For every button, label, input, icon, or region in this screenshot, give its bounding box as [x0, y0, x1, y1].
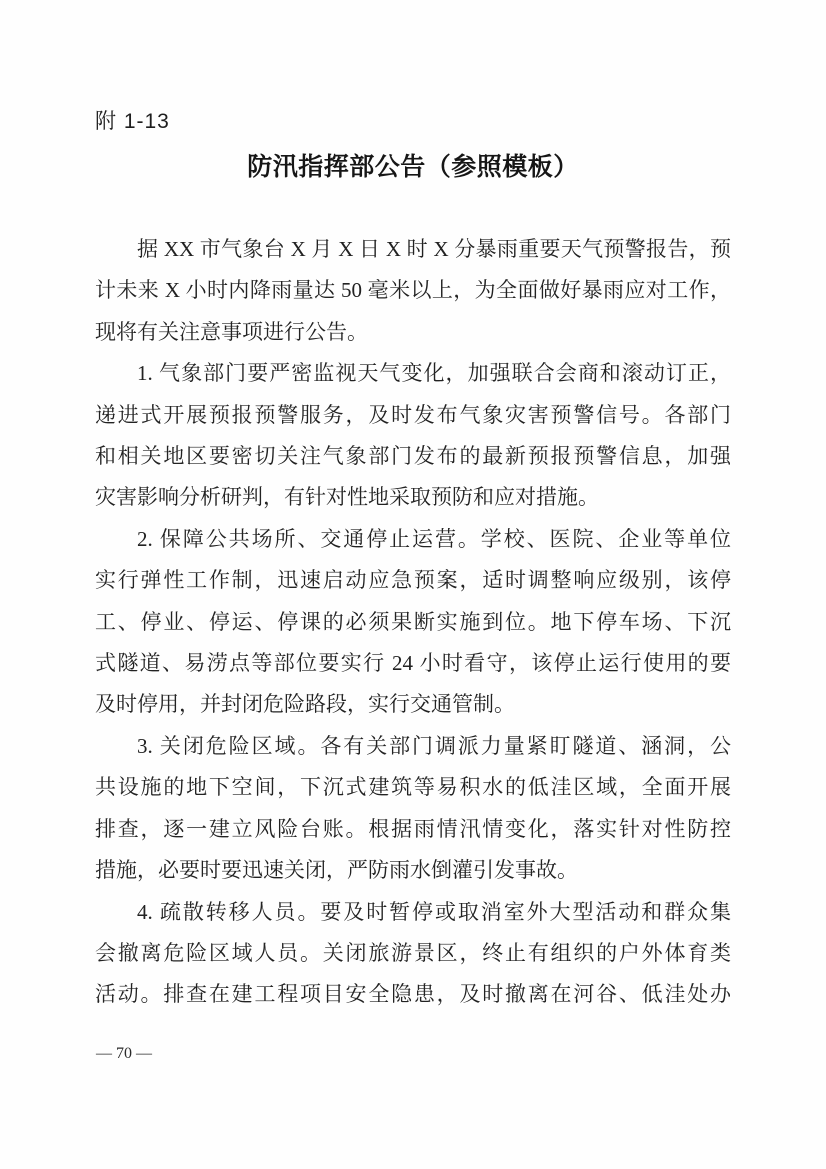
text-line: 排查，逐一建立风险台账。根据雨情汛情变化，落实针对性防控 — [95, 809, 731, 850]
text-line: 共设施的地下空间，下沉式建筑等易积水的低洼区域，全面开展 — [95, 767, 731, 808]
document-title: 防汛指挥部公告（参照模板） — [0, 147, 826, 183]
text-line: 式隧道、易涝点等部位要实行 24 小时看守，该停止运行使用的要 — [95, 643, 731, 684]
text-line: 计未来 X 小时内降雨量达 50 毫米以上，为全面做好暴雨应对工作， — [95, 270, 731, 311]
text-line: 3. 关闭危险区域。各有关部门调派力量紧盯隧道、涵洞，公 — [95, 726, 731, 767]
text-line: 实行弹性工作制，迅速启动应急预案，适时调整响应级别，该停 — [95, 560, 731, 601]
document-page: 附 1-13 防汛指挥部公告（参照模板） 据 XX 市气象台 X 月 X 日 X… — [0, 0, 826, 1169]
text-line: 据 XX 市气象台 X 月 X 日 X 时 X 分暴雨重要天气预警报告，预 — [95, 229, 731, 270]
document-body: 据 XX 市气象台 X 月 X 日 X 时 X 分暴雨重要天气预警报告，预计未来… — [95, 229, 731, 1016]
text-line: 措施，必要时要迅速关闭，严防雨水倒灌引发事故。 — [95, 850, 731, 891]
text-line: 工、停业、停运、停课的必须果断实施到位。地下停车场、下沉 — [95, 602, 731, 643]
text-line: 2. 保障公共场所、交通停止运营。学校、医院、企业等单位 — [95, 519, 731, 560]
text-line: 和相关地区要密切关注气象部门发布的最新预报预警信息，加强 — [95, 436, 731, 477]
text-line: 灾害影响分析研判，有针对性地采取预防和应对措施。 — [95, 477, 731, 518]
text-line: 及时停用，并封闭危险路段，实行交通管制。 — [95, 684, 731, 725]
text-line: 递进式开展预报预警服务，及时发布气象灾害预警信号。各部门 — [95, 395, 731, 436]
page-number: — 70 — — [96, 1045, 152, 1063]
text-line: 活动。排查在建工程项目安全隐患，及时撤离在河谷、低洼处办 — [95, 974, 731, 1015]
text-line: 现将有关注意事项进行公告。 — [95, 312, 731, 353]
text-line: 会撤离危险区域人员。关闭旅游景区，终止有组织的户外体育类 — [95, 933, 731, 974]
attachment-number-label: 附 1-13 — [95, 105, 170, 135]
text-line: 4. 疏散转移人员。要及时暂停或取消室外大型活动和群众集 — [95, 892, 731, 933]
text-line: 1. 气象部门要严密监视天气变化，加强联合会商和滚动订正， — [95, 353, 731, 394]
